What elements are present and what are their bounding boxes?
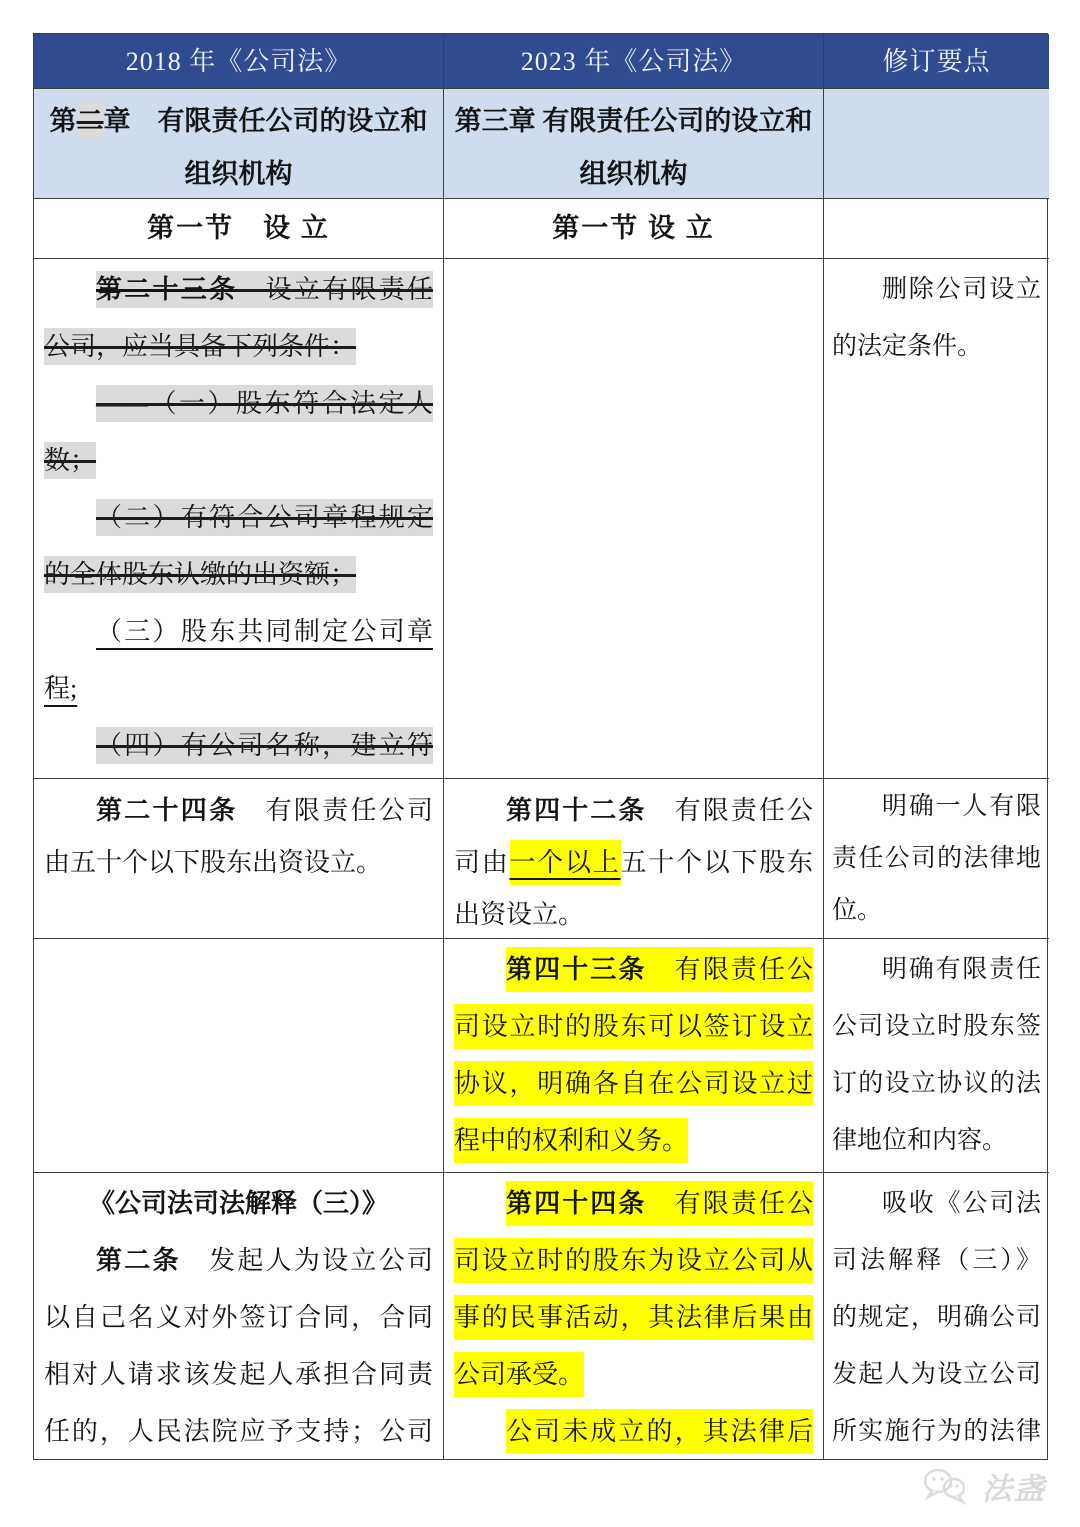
article-number: 第四十二条 <box>506 796 647 825</box>
article-number: 第二条 <box>96 1246 181 1275</box>
watermark: 法盏 <box>918 1464 1046 1508</box>
paragraph-deleted: 第二十三条 设立有限责任公司，应当具备下列条件： <box>44 261 433 375</box>
cell-article24-2018: 第二十四条 有限责任公司由五十个以下股东出资设立。 <box>34 779 444 939</box>
cell-chapter-2018: 第二章 有限责任公司的设立和组织机构 <box>34 89 444 199</box>
deleted-text: （四）有公司名称，建立符合有限责任公司要求的组织机构； <box>44 727 433 779</box>
deleted-text: ——（一）股东符合法定人数； <box>44 385 433 479</box>
cell-section-2018: 第一节 设 立 <box>34 199 444 259</box>
cell-article42-notes: 明确一人有限责任公司的法律地位。 <box>824 779 1049 939</box>
header-2018-law: 2018 年《公司法》 <box>34 34 444 89</box>
paragraph-kept: （三）股东共同制定公司章程; <box>44 603 433 717</box>
chapter-old-prefix: 第 <box>50 106 77 136</box>
cell-article43-2018-empty <box>34 939 444 1173</box>
header-2023-law: 2023 年《公司法》 <box>444 34 824 89</box>
article-number: 第二十四条 <box>96 796 237 825</box>
deleted-text: （二）有符合公司章程规定的全体股东认缴的出资额； <box>44 499 433 593</box>
inserted-text: 有限责任公司设立时的股东为设立公司从事的民事活动，其法律后果由公司承受。 <box>454 1189 813 1389</box>
page: { "colors": { "header_bg": "#2e4c8f", "h… <box>0 0 1080 1527</box>
paragraph-deleted: （二）有符合公司章程规定的全体股东认缴的出资额； <box>44 489 433 603</box>
underlined-text: （三）股东共同制定公司章程; <box>44 617 433 703</box>
cell-section-notes-empty <box>824 199 1049 259</box>
cell-chapter-notes-empty <box>824 89 1049 199</box>
cell-article23-notes: 删除公司设立的法定条件。 <box>824 259 1049 779</box>
cell-section-2023: 第一节 设 立 <box>444 199 824 259</box>
revision-note: 吸收《公司法司法解释（三）》的规定，明确公司发起人为设立公司所实施行为的法律后果… <box>832 1175 1041 1459</box>
cell-article23-2018: 第二十三条 设立有限责任公司，应当具备下列条件： ——（一）股东符合法定人数； … <box>34 259 444 779</box>
article-number: 第二十三条 <box>96 275 237 304</box>
paragraph-inserted: 公司未成立的，其法律后果 <box>454 1403 813 1459</box>
revision-note: 明确有限责任公司设立时股东签订的设立协议的法律地位和内容。 <box>832 941 1041 1169</box>
header-revision-notes: 修订要点 <box>824 34 1049 89</box>
paragraph: 第四十二条 有限责任公司由一个以上五十个以下股东出资设立。 <box>454 785 813 939</box>
cell-article42-2023: 第四十二条 有限责任公司由一个以上五十个以下股东出资设立。 <box>444 779 824 939</box>
wechat-watermark-icon <box>918 1464 976 1508</box>
paragraph: 第二条 发起人为设立公司以自己名义对外签订合同，合同相对人请求该发起人承担合同责… <box>44 1232 433 1459</box>
article-text: 发起人为设立公司以自己名义对外签订合同，合同相对人请求该发起人承担合同责任的，人… <box>44 1246 433 1459</box>
cell-article23-2023-empty <box>444 259 824 779</box>
paragraph-inserted: 第四十三条 有限责任公司设立时的股东可以签订设立协议，明确各自在公司设立过程中的… <box>454 941 813 1169</box>
article-number: 第四十三条 <box>506 955 647 984</box>
cell-article44-2023: 第四十四条 有限责任公司设立时的股东为设立公司从事的民事活动，其法律后果由公司承… <box>444 1173 824 1459</box>
interpretation-title: 《公司法司法解释（三）》 <box>44 1175 433 1232</box>
cell-article44-2018: 《公司法司法解释（三）》 第二条 发起人为设立公司以自己名义对外签订合同，合同相… <box>34 1173 444 1459</box>
cell-chapter-2023: 第三章 有限责任公司的设立和组织机构 <box>444 89 824 199</box>
cell-article43-notes: 明确有限责任公司设立时股东签订的设立协议的法律地位和内容。 <box>824 939 1049 1173</box>
article-number: 第四十四条 <box>506 1189 647 1218</box>
paragraph: 第二十四条 有限责任公司由五十个以下股东出资设立。 <box>44 785 433 889</box>
comparison-table: 2018 年《公司法》 2023 年《公司法》 修订要点 第二章 有限责任公司的… <box>33 33 1048 1460</box>
paragraph-deleted: （四）有公司名称，建立符合有限责任公司要求的组织机构； <box>44 717 433 779</box>
inserted-text: 有限责任公司设立时的股东可以签订设立协议，明确各自在公司设立过程中的权利和义务。 <box>454 955 813 1155</box>
chapter-old-suffix: 章 有限责任公司的设立和组织机构 <box>104 106 428 189</box>
inserted-text: 公司未成立的，其法律后果 <box>454 1409 813 1459</box>
revision-note: 明确一人有限责任公司的法律地位。 <box>832 781 1041 937</box>
cell-article44-notes: 吸收《公司法司法解释（三）》的规定，明确公司发起人为设立公司所实施行为的法律后果… <box>824 1173 1049 1459</box>
paragraph-inserted: 第四十四条 有限责任公司设立时的股东为设立公司从事的民事活动，其法律后果由公司承… <box>454 1175 813 1403</box>
cell-article43-2023: 第四十三条 有限责任公司设立时的股东可以签订设立协议，明确各自在公司设立过程中的… <box>444 939 824 1173</box>
paragraph-deleted: ——（一）股东符合法定人数； <box>44 375 433 489</box>
chapter-old-struck-char: 二 <box>77 102 104 140</box>
watermark-label: 法盏 <box>982 1464 1046 1508</box>
revision-note: 删除公司设立的法定条件。 <box>832 261 1041 375</box>
inserted-text: 一个以上 <box>510 840 621 885</box>
